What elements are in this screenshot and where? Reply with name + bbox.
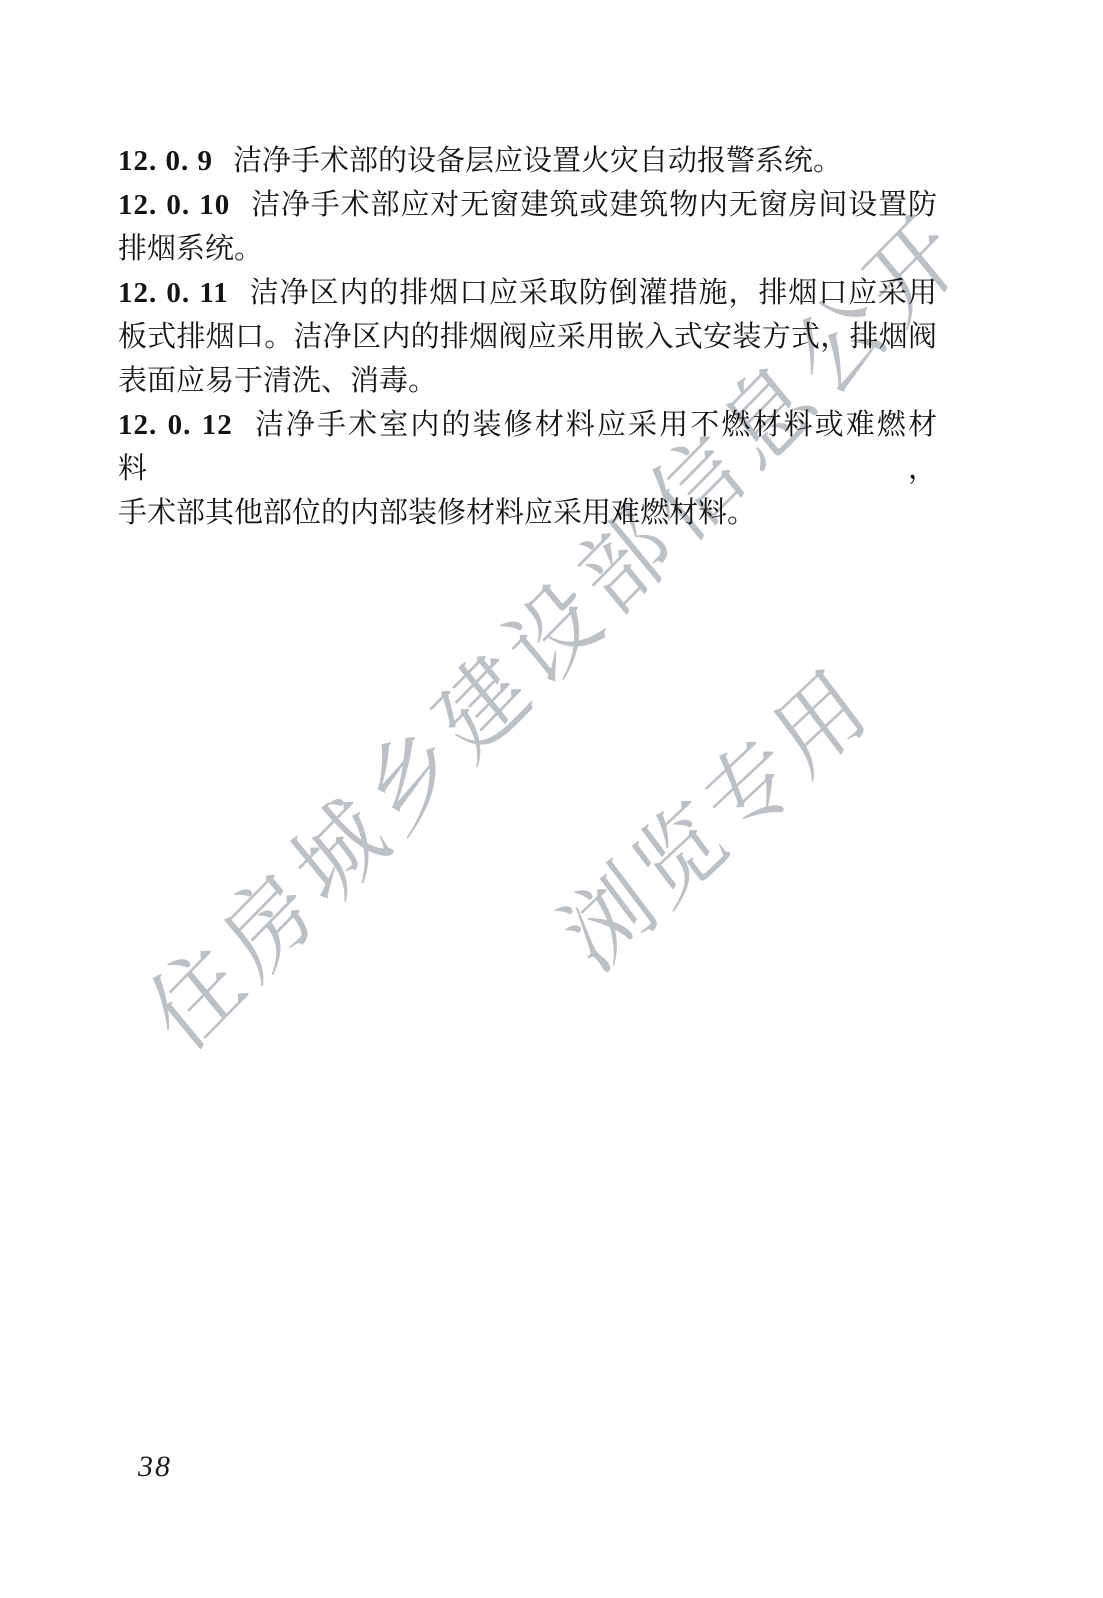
clause-number: 12. 0. 11 (118, 277, 229, 309)
clause-line: 12. 0. 11洁净区内的排烟口应采取防倒灌措施，排烟口应采用 (118, 271, 937, 315)
clause-line: 排烟系统。 (118, 227, 937, 271)
page-number: 38 (138, 1450, 172, 1484)
clause-line-text: 洁净手术室内的装修材料应采用不燃材料或难燃材料， (118, 409, 937, 485)
clause-number: 12. 0. 12 (118, 409, 233, 441)
clause-line-text: 排烟系统。 (118, 233, 263, 265)
clause-12-0-11: 12. 0. 11洁净区内的排烟口应采取防倒灌措施，排烟口应采用 板式排烟口。洁… (118, 271, 937, 403)
clause-number: 12. 0. 10 (118, 189, 230, 221)
clause-12-0-12: 12. 0. 12洁净手术室内的装修材料应采用不燃材料或难燃材料， 手术部其他部… (118, 403, 937, 535)
clause-line-text: 洁净手术部应对无窗建筑或建筑物内无窗房间设置防 (250, 189, 937, 221)
clause-line-text: 表面应易于清洗、消毒。 (118, 365, 437, 397)
clause-line-text: 洁净区内的排烟口应采取防倒灌措施，排烟口应采用 (249, 277, 937, 309)
clause-number: 12. 0. 9 (118, 145, 213, 177)
clause-line: 表面应易于清洗、消毒。 (118, 359, 937, 403)
clause-12-0-10: 12. 0. 10洁净手术部应对无窗建筑或建筑物内无窗房间设置防 排烟系统。 (118, 183, 937, 271)
clause-line: 手术部其他部位的内部装修材料应采用难燃材料。 (118, 491, 937, 535)
clause-line: 12. 0. 10洁净手术部应对无窗建筑或建筑物内无窗房间设置防 (118, 183, 937, 227)
watermark-browse-only-text: 浏览专用 (532, 630, 892, 996)
clauses-block: 12. 0. 9洁净手术部的设备层应设置火灾自动报警系统。 12. 0. 10洁… (118, 139, 937, 535)
clause-line: 12. 0. 12洁净手术室内的装修材料应采用不燃材料或难燃材料， (118, 403, 937, 491)
clause-line: 板式排烟口。洁净区内的排烟阀应采用嵌入式安装方式，排烟阀 (118, 315, 937, 359)
clause-12-0-9: 12. 0. 9洁净手术部的设备层应设置火灾自动报警系统。 (118, 139, 937, 183)
clause-line: 12. 0. 9洁净手术部的设备层应设置火灾自动报警系统。 (118, 139, 937, 183)
clause-line-text: 洁净手术部的设备层应设置火灾自动报警系统。 (233, 145, 842, 177)
clause-line-text: 手术部其他部位的内部装修材料应采用难燃材料。 (118, 497, 756, 529)
clause-line-text: 板式排烟口。洁净区内的排烟阀应采用嵌入式安装方式，排烟阀 (118, 321, 937, 353)
document-page: 住房城乡建设部信息公开 浏览专用 12. 0. 9洁净手术部的设备层应设置火灾自… (0, 0, 1103, 1598)
